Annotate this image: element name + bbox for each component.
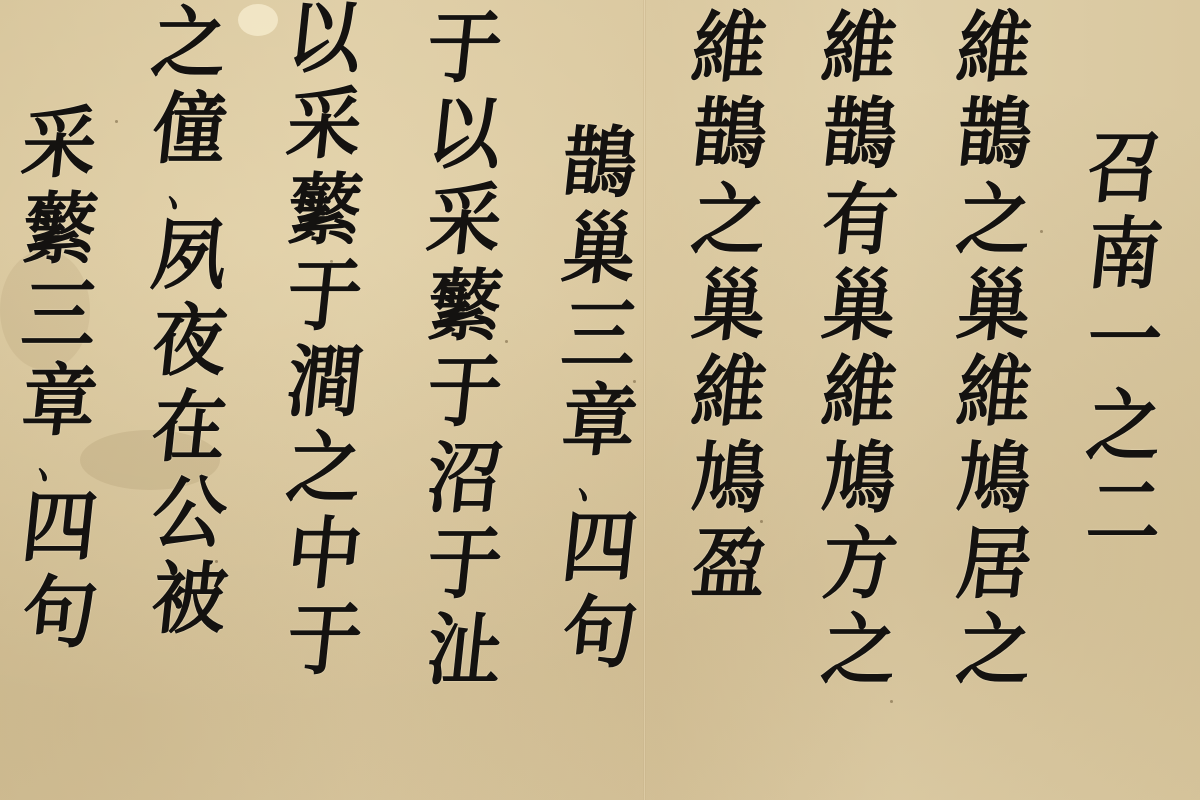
calligraphy-character: 夜 [147,303,230,389]
calligraphy-column: 以采蘩于澗之中于 [285,0,363,688]
calligraphy-character: 鵲 [952,96,1035,182]
calligraphy-paper: 召南一之二維鵲之巢維鳩居之維鵲有巢維鳩方之維鵲之巢維鳩盈鵲巢三章、四句于以采蘩于… [0,0,1200,800]
calligraphy-character: 鳩 [687,440,770,526]
calligraphy-character: 在 [147,389,230,475]
calligraphy-character: 之 [147,5,230,91]
calligraphy-character: 方 [817,526,900,612]
calligraphy-character: 巢 [557,211,640,297]
calligraphy-character: 鵲 [687,96,770,182]
calligraphy-character: 三 [557,297,640,383]
calligraphy-character: 采 [282,86,365,172]
calligraphy-character: 三 [17,277,100,363]
calligraphy-column: 于以采蘩于沼于沚 [425,10,503,698]
calligraphy-character: 之 [1082,388,1165,474]
calligraphy-character: 維 [952,354,1035,440]
calligraphy-character: 句 [17,575,100,661]
calligraphy-character: 四 [557,509,640,595]
calligraphy-character: 句 [557,595,640,681]
calligraphy-character: 巢 [952,268,1035,354]
calligraphy-character: 之 [282,430,365,516]
calligraphy-character: 盈 [687,526,770,612]
calligraphy-character: 有 [817,182,900,268]
calligraphy-character: 蘩 [422,268,505,354]
calligraphy-character: 維 [687,10,770,96]
calligraphy-character: 于 [282,602,365,688]
calligraphy-character: 召 [1082,130,1165,216]
calligraphy-character: 一 [1082,302,1165,388]
calligraphy-character: 于 [422,354,505,440]
calligraphy-character: 二 [1082,474,1165,560]
calligraphy-character: 之 [952,612,1035,698]
calligraphy-column: 召南一之二 [1085,130,1163,560]
calligraphy-character: 鳩 [817,440,900,526]
calligraphy-character: 于 [282,258,365,344]
calligraphy-character: 夙 [147,217,230,303]
calligraphy-character: 于 [422,526,505,612]
calligraphy-column: 之僮、夙夜在公被 [150,5,228,647]
calligraphy-character: 居 [952,526,1035,612]
calligraphy-character: 以 [282,0,365,86]
calligraphy-character: 維 [817,354,900,440]
calligraphy-character: 巢 [687,268,770,354]
calligraphy-character: 之 [952,182,1035,268]
calligraphy-character: 采 [422,182,505,268]
calligraphy-character: 維 [952,10,1035,96]
calligraphy-character: 鳩 [952,440,1035,526]
calligraphy-character: 鵲 [817,96,900,182]
calligraphy-character: 沚 [422,612,505,698]
calligraphy-character: 維 [687,354,770,440]
calligraphy-character: 鵲 [557,125,640,211]
calligraphy-column: 維鵲有巢維鳩方之 [820,10,898,698]
calligraphy-character: 之 [817,612,900,698]
calligraphy-character: 被 [147,561,230,647]
calligraphy-character: 南 [1082,216,1165,302]
calligraphy-character: 澗 [282,344,365,430]
paper-stain [238,4,278,36]
calligraphy-character: 章 [557,383,640,469]
calligraphy-character: 于 [422,10,505,96]
calligraphy-character: 章 [17,363,100,449]
calligraphy-column: 維鵲之巢維鳩居之 [955,10,1033,698]
calligraphy-column: 鵲巢三章、四句 [560,125,638,681]
calligraphy-character: 四 [17,489,100,575]
calligraphy-character: 維 [817,10,900,96]
calligraphy-character: 采 [17,105,100,191]
calligraphy-column: 采蘩三章、四句 [20,105,98,661]
calligraphy-character: 蘩 [17,191,100,277]
calligraphy-character: 巢 [817,268,900,354]
calligraphy-character: 沼 [422,440,505,526]
paper-crease [643,0,646,800]
calligraphy-column: 維鵲之巢維鳩盈 [690,10,768,612]
calligraphy-character: 公 [147,475,230,561]
calligraphy-character: 之 [687,182,770,268]
calligraphy-character: 中 [282,516,365,602]
calligraphy-character: 以 [422,96,505,182]
calligraphy-character: 僮 [147,91,230,177]
calligraphy-character: 蘩 [282,172,365,258]
